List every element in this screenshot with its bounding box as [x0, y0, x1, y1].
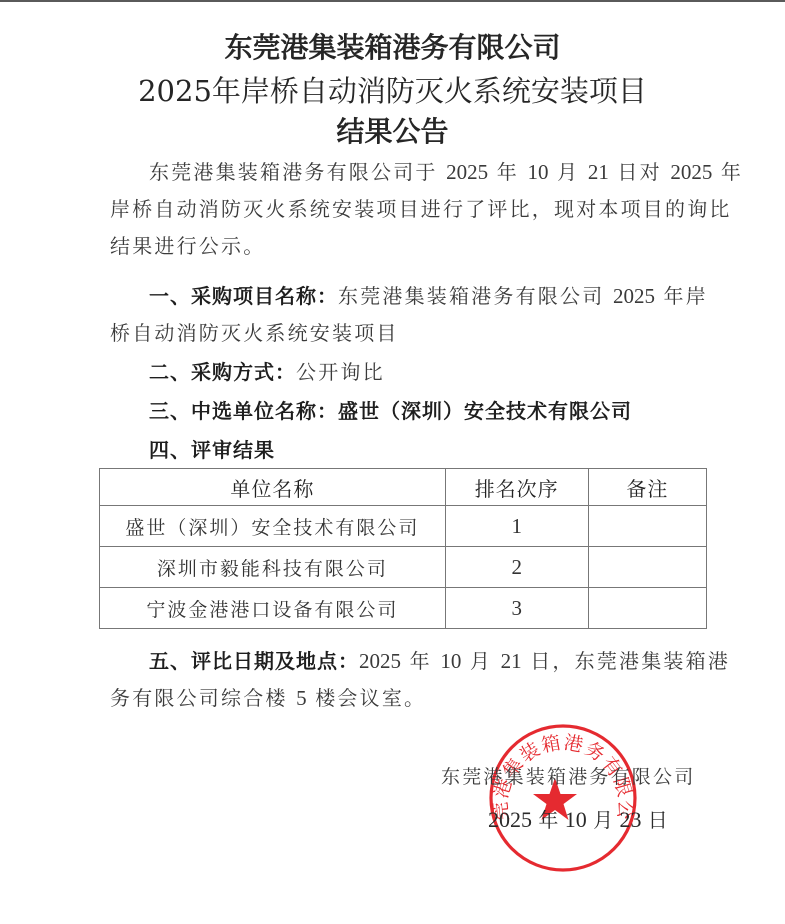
intro-year-2: 2025: [670, 160, 712, 184]
cell-unit-name: 宁波金港港口设备有限公司: [100, 588, 446, 629]
section-5-label: 五、评比日期及地点：: [149, 649, 359, 673]
intro-line-2: 岸桥自动消防灭火系统安装项目进行了评比，现对本项目的询比: [110, 191, 732, 228]
section-5-text: 月: [470, 649, 492, 673]
cell-rank: 1: [445, 506, 588, 547]
section-1-procurement-name: 一、采购项目名称：东莞港集装箱港务有限公司 2025 年岸: [149, 278, 708, 315]
cell-remarks: [588, 547, 706, 588]
section-1-value: 东莞港集装箱港务有限公司: [338, 284, 604, 308]
signature-month: 10: [565, 807, 587, 832]
section-4-heading: 四、评审结果: [149, 432, 275, 469]
top-border-rule: [0, 0, 785, 2]
intro-line-1: 东莞港集装箱港务有限公司于 2025 年 10 月 21 日对 2025 年: [149, 154, 743, 191]
evaluation-results-table: 单位名称 排名次序 备注 盛世（深圳）安全技术有限公司 1 深圳市毅能科技有限公…: [99, 468, 707, 629]
header-rank: 排名次序: [445, 469, 588, 506]
header-unit-name: 单位名称: [100, 469, 446, 506]
intro-line-3: 结果进行公示。: [110, 228, 265, 265]
table-row: 深圳市毅能科技有限公司 2: [100, 547, 707, 588]
intro-text: 年: [721, 160, 743, 184]
section-5-day: 21: [501, 649, 522, 673]
signature-year: 2025: [488, 807, 532, 832]
intro-text: 日对: [617, 160, 661, 184]
section-1-year: 2025: [613, 284, 655, 308]
intro-text: 月: [557, 160, 579, 184]
title-project: 2025年岸桥自动消防灭火系统安装项目: [0, 69, 785, 110]
cell-unit-name: 盛世（深圳）安全技术有限公司: [100, 506, 446, 547]
cell-unit-name: 深圳市毅能科技有限公司: [100, 547, 446, 588]
cell-remarks: [588, 506, 706, 547]
section-2-procurement-method: 二、采购方式：公开询比: [149, 354, 385, 391]
section-5-text: 务有限公司综合楼: [110, 686, 288, 710]
signature-company: 东莞港集装箱港务有限公司: [441, 762, 695, 789]
signature-text: 月: [593, 808, 613, 832]
intro-year: 2025: [446, 160, 488, 184]
section-2-label: 二、采购方式：: [149, 360, 296, 384]
section-5-continuation: 务有限公司综合楼 5 楼会议室。: [110, 680, 426, 717]
section-5-text: 年: [410, 649, 432, 673]
section-3-label: 三、中选单位名称：: [149, 399, 338, 423]
signature-text: 年: [538, 808, 558, 832]
cell-rank: 2: [445, 547, 588, 588]
signature-date: 2025 年 10 月 23 日: [488, 804, 668, 833]
intro-month: 10: [528, 160, 549, 184]
section-5-text: 日，东莞港集装箱港: [530, 649, 730, 673]
section-5-date-location: 五、评比日期及地点：2025 年 10 月 21 日，东莞港集装箱港: [149, 643, 730, 680]
section-1-label: 一、采购项目名称：: [149, 284, 338, 308]
table-row: 盛世（深圳）安全技术有限公司 1: [100, 506, 707, 547]
intro-text: 年: [497, 160, 519, 184]
section-5-text: 楼会议室。: [315, 686, 426, 710]
signature-text: 日: [648, 808, 668, 832]
company-seal-stamp: 东莞港集装箱港务有限公司: [487, 722, 639, 874]
section-2-value: 公开询比: [296, 360, 385, 384]
section-5-floor: 5: [296, 686, 307, 710]
section-4-label: 四、评审结果: [149, 438, 275, 462]
table-row: 宁波金港港口设备有限公司 3: [100, 588, 707, 629]
section-3-selected-unit: 三、中选单位名称：盛世（深圳）安全技术有限公司: [149, 393, 632, 430]
cell-remarks: [588, 588, 706, 629]
title-company: 东莞港集装箱港务有限公司: [0, 26, 785, 66]
intro-text: 东莞港集装箱港务有限公司于: [149, 160, 438, 184]
cell-rank: 3: [445, 588, 588, 629]
header-remarks: 备注: [588, 469, 706, 506]
intro-day: 21: [588, 160, 609, 184]
section-1-value-b: 年岸: [664, 284, 708, 308]
table-header-row: 单位名称 排名次序 备注: [100, 469, 707, 506]
section-3-value: 盛世（深圳）安全技术有限公司: [338, 399, 632, 423]
section-5-month: 10: [440, 649, 461, 673]
section-1-continuation: 桥自动消防灭火系统安装项目: [110, 315, 399, 352]
signature-day: 23: [619, 807, 641, 832]
title-announcement: 结果公告: [0, 110, 785, 150]
section-5-year: 2025: [359, 649, 401, 673]
